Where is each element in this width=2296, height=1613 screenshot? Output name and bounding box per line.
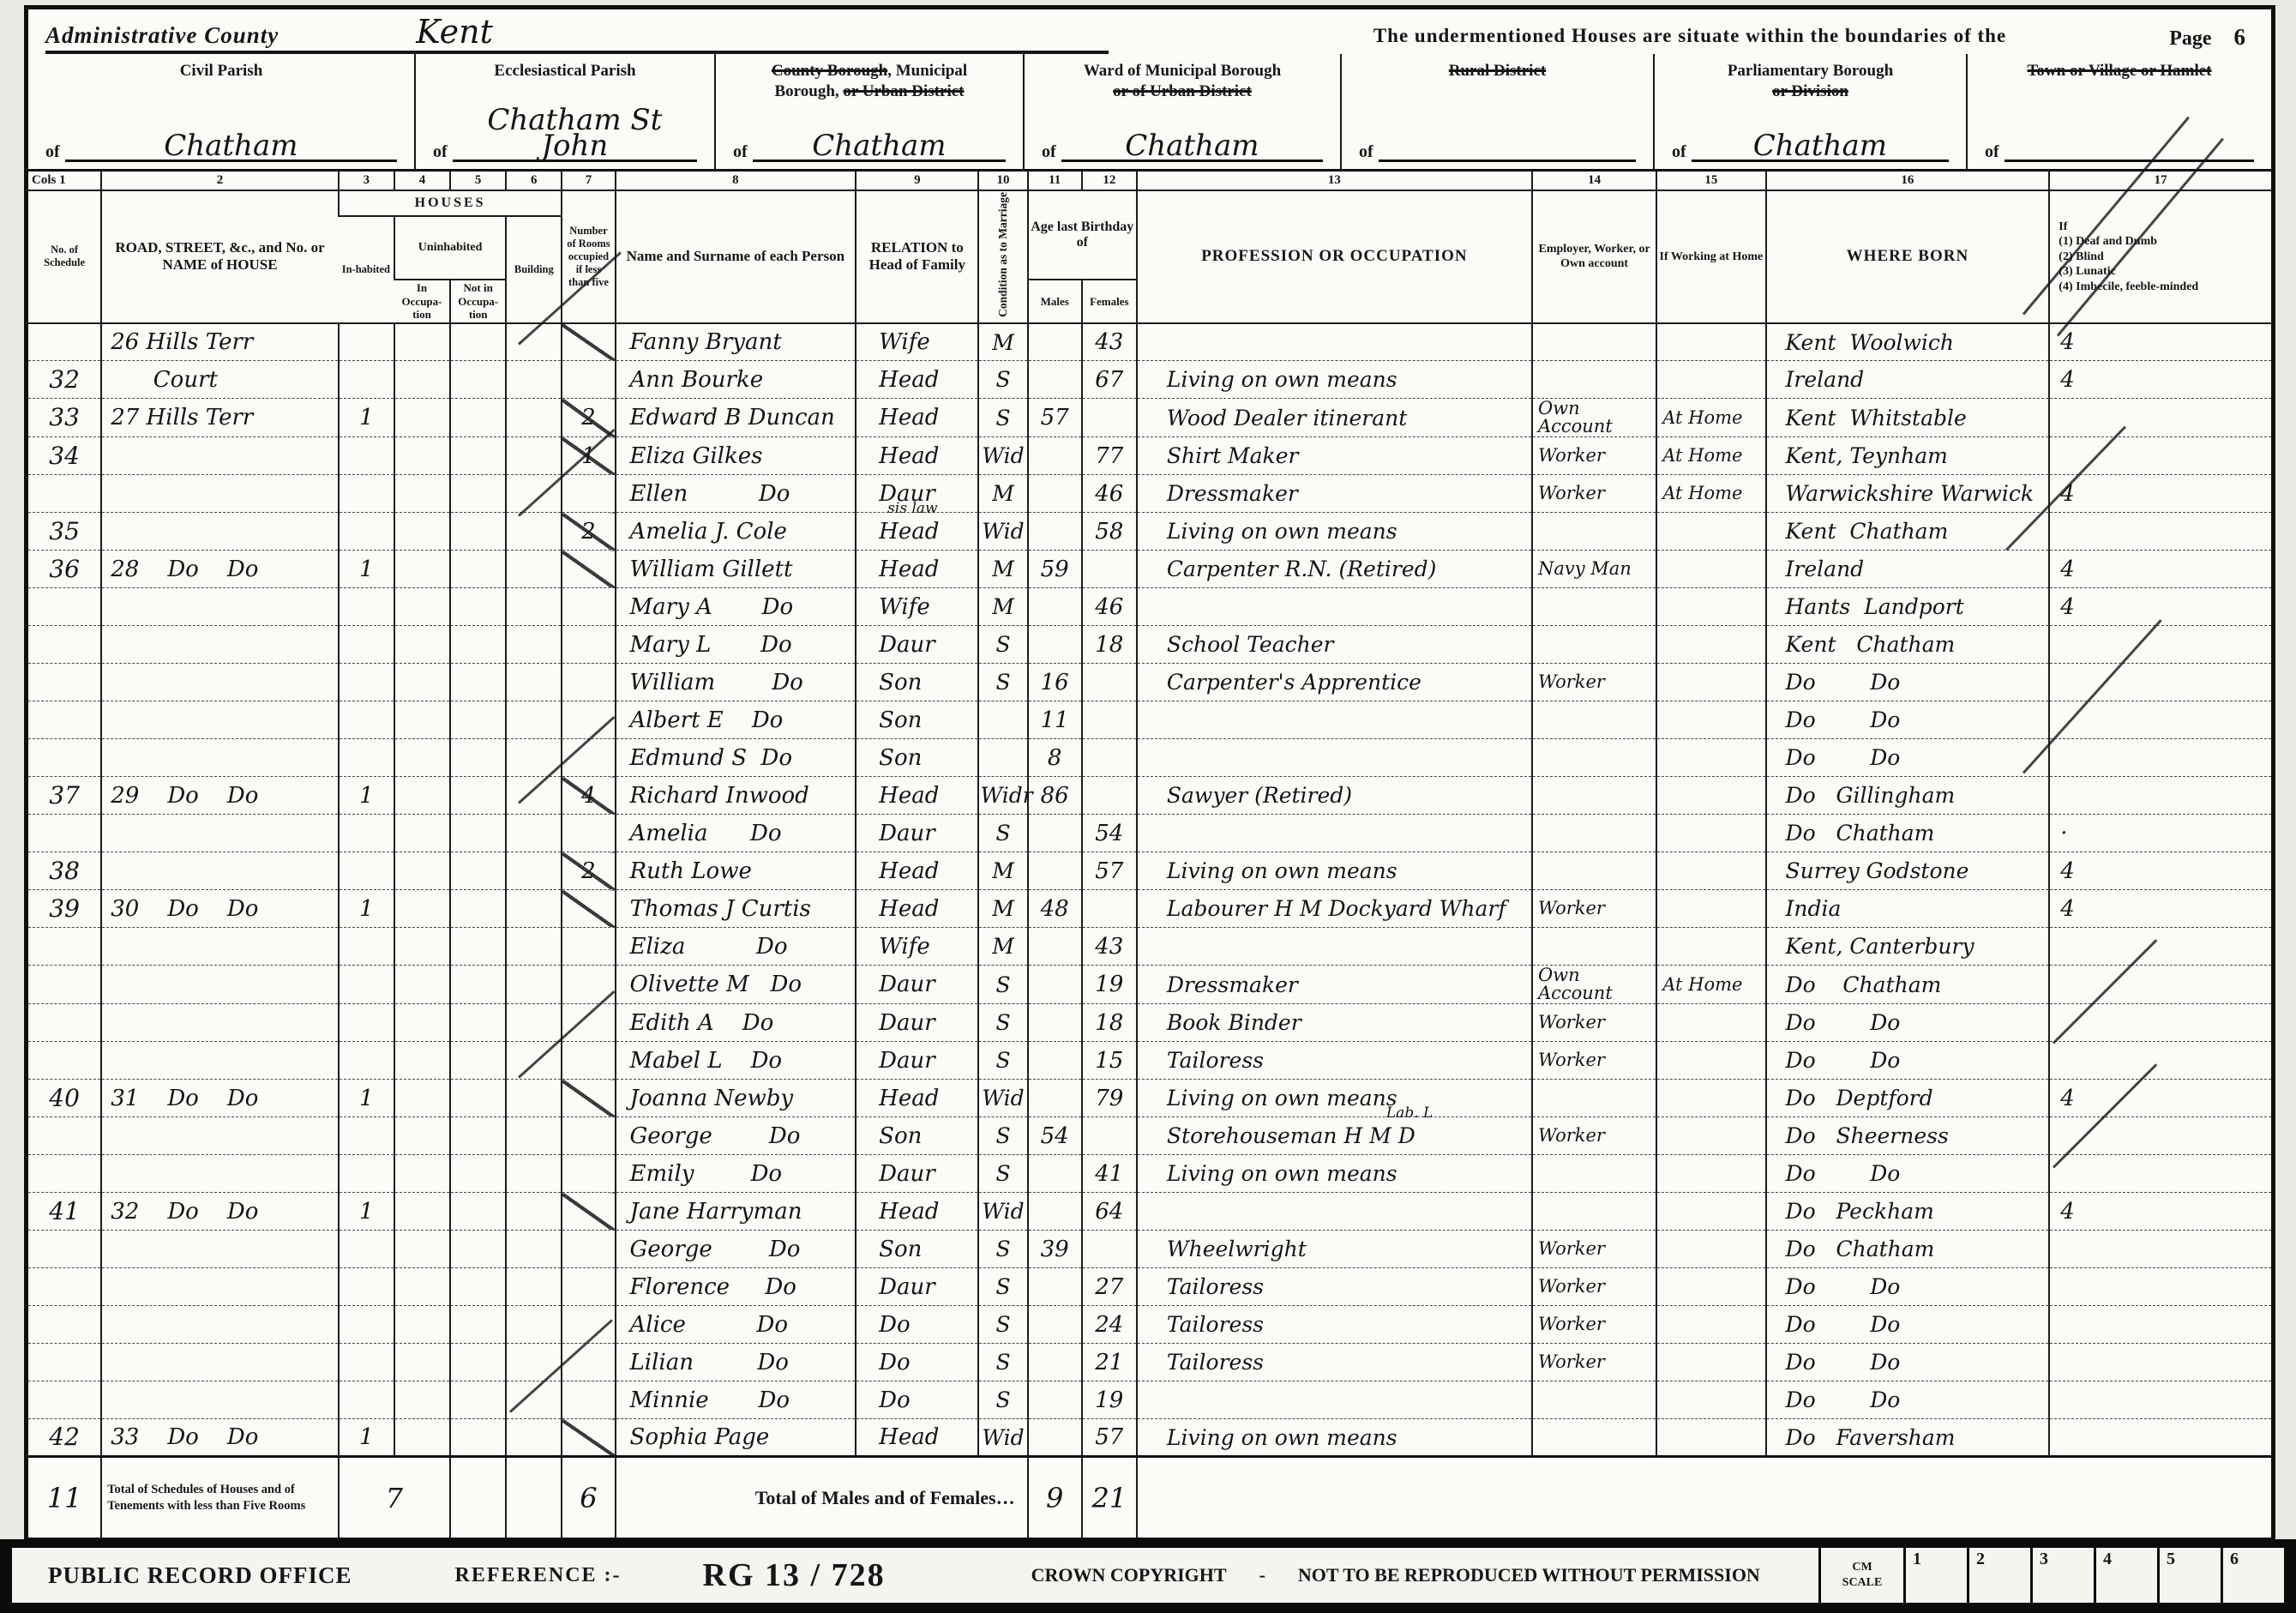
district-header-row: Civil ParishofChathamEcclesiastical Pari… (28, 54, 2271, 172)
cell-addr: 30 Do Do (101, 890, 339, 928)
totals-row: 11Total of Schedules of Houses and of Te… (28, 1457, 2271, 1538)
district-value: Chatham (1692, 133, 1949, 162)
cell-rel: Do (856, 1306, 978, 1344)
cm-scale-cell: 1 (1903, 1548, 1967, 1603)
cell-af: 19 (1082, 966, 1137, 1004)
cell-emp (1532, 1419, 1656, 1457)
footer-copyright: CROWN COPYRIGHT (1031, 1564, 1227, 1586)
cell-emp (1532, 928, 1656, 966)
cell-am (1028, 1193, 1082, 1231)
district-ecclesiastical-parish: Ecclesiastical ParishofChatham St John (414, 54, 714, 169)
total-schedules-label: Total of Schedules of Houses and of Tene… (101, 1457, 339, 1538)
table-row: 4233 Do Do1Sophia PageHeadWid57Living on… (28, 1419, 2271, 1457)
table-row: Mary A DoWifeM46Hants Landport4 (28, 588, 2271, 626)
cell-cond: Wid (978, 513, 1027, 551)
table-header: Cols 1234567891011121314151617 No. of Sc… (28, 172, 2271, 323)
cell-inh (339, 1381, 394, 1419)
center-heading: The undermentioned Houses are situate wi… (1373, 25, 2006, 47)
cell-sched (28, 1155, 101, 1193)
cell-addr (101, 588, 339, 626)
cell-rooms (562, 664, 615, 701)
cell-bldg (506, 739, 562, 777)
cell-sched: 40 (28, 1080, 101, 1117)
cell-rooms: 2 (562, 399, 615, 437)
cell-rooms (562, 1117, 615, 1155)
of-label: of (45, 142, 60, 162)
cell-name: Sophia Page (616, 1419, 856, 1457)
cell-rel: Head (856, 399, 978, 437)
cell-nocc (450, 1306, 506, 1344)
table-row: Minnie DoDoS19Do Do (28, 1381, 2271, 1419)
table-row: Mabel L DoDaurS15TailoressWorkerDo Do (28, 1042, 2271, 1080)
cell-nocc (450, 928, 506, 966)
cell-addr: 29 Do Do (101, 777, 339, 815)
cell-am (1028, 588, 1082, 626)
cell-sched (28, 966, 101, 1004)
cell-bldg (506, 399, 562, 437)
cell-am (1028, 361, 1082, 399)
cell-occ (394, 1193, 450, 1231)
cell-af (1082, 701, 1137, 739)
page-number: 6 (2234, 24, 2246, 50)
cell-rooms (562, 701, 615, 739)
table-row: 3628 Do Do1William GillettHeadM59Carpent… (28, 551, 2271, 588)
cell-name: Minnie Do (616, 1381, 856, 1419)
cell-rooms: 2 (562, 513, 615, 551)
cell-rel: Son (856, 664, 978, 701)
cell-sched (28, 701, 101, 739)
cell-nocc (450, 626, 506, 664)
cell-home (1656, 1004, 1765, 1042)
cell-af: 27 (1082, 1268, 1137, 1306)
cell-occ (394, 323, 450, 361)
cell-af: 77 (1082, 437, 1137, 475)
cell-rel: Wife (856, 928, 978, 966)
cell-nocc (450, 739, 506, 777)
cell-nocc (450, 815, 506, 852)
cell-sched: 33 (28, 399, 101, 437)
cell-cond: S (978, 1155, 1027, 1193)
cell-born: Kent Chatham (1766, 626, 2050, 664)
cell-nocc (450, 1004, 506, 1042)
cell-occ (394, 588, 450, 626)
cell-rooms (562, 475, 615, 513)
cell-rel: Wife (856, 588, 978, 626)
cell-addr: 26 Hills Terr (101, 323, 339, 361)
page-number-box: Page6 (2169, 24, 2245, 51)
cell-emp (1532, 777, 1656, 815)
cell-cond: S (978, 626, 1027, 664)
cell-rel: Daur (856, 966, 978, 1004)
cell-nocc (450, 890, 506, 928)
cell-inh (339, 513, 394, 551)
col-header-at-home: If Working at Home (1656, 190, 1765, 323)
cell-addr (101, 1306, 339, 1344)
cell-inf (2049, 1419, 2271, 1457)
footer-separator: - (1259, 1564, 1265, 1586)
cell-bldg (506, 852, 562, 890)
cell-addr (101, 1268, 339, 1306)
cell-bldg (506, 664, 562, 701)
cell-nocc (450, 1344, 506, 1381)
cell-am: 39 (1028, 1231, 1082, 1268)
cell-name: Thomas J Curtis (616, 890, 856, 928)
cell-home (1656, 1155, 1765, 1193)
col-header-condition: Condition as to Marriage (978, 190, 1027, 323)
cell-cond: S (978, 1231, 1027, 1268)
district-title-text: Town or Village or Hamlet (2028, 62, 2212, 80)
cell-inh: 1 (339, 1080, 394, 1117)
cell-born: Ireland (1766, 361, 2050, 399)
cell-sched (28, 475, 101, 513)
cell-emp: Worker (1532, 890, 1656, 928)
cell-born: Do Do (1766, 1306, 2050, 1344)
cell-home: At Home (1656, 399, 1765, 437)
cell-rel: Son (856, 1231, 978, 1268)
cell-name: George Do (616, 1117, 856, 1155)
cell-am (1028, 1080, 1082, 1117)
cell-nocc (450, 475, 506, 513)
cell-am: 54 (1028, 1117, 1082, 1155)
cell-rel: Daur (856, 1042, 978, 1080)
cell-inf: 4 (2049, 361, 2271, 399)
cell-emp (1532, 323, 1656, 361)
col-header-age: Age last Birthday of (1028, 190, 1137, 280)
cell-rooms (562, 890, 615, 928)
cell-prof (1137, 323, 1532, 361)
cell-bldg (506, 1306, 562, 1344)
cell-addr (101, 966, 339, 1004)
cell-born: Hants Landport (1766, 588, 2050, 626)
cell-prof: Living on own means (1137, 1419, 1532, 1457)
table-row: Olivette M DoDaurS19DressmakerOwn Accoun… (28, 966, 2271, 1004)
cell-addr (101, 928, 339, 966)
cell-bldg (506, 1004, 562, 1042)
district-value (1379, 159, 1636, 162)
cell-rooms (562, 1381, 615, 1419)
column-number: Cols 1 (28, 172, 101, 190)
cell-inh (339, 588, 394, 626)
cell-af: 67 (1082, 361, 1137, 399)
cell-occ (394, 701, 450, 739)
cell-occ (394, 1268, 450, 1306)
col-header-where-born: WHERE BORN (1766, 190, 2050, 323)
cell-emp (1532, 1080, 1656, 1117)
cell-born: Kent Chatham (1766, 513, 2050, 551)
cell-inh (339, 1117, 394, 1155)
col-header-relation: RELATION to Head of Family (856, 190, 978, 323)
cell-inf (2049, 1268, 2271, 1306)
cell-cond: Wid (978, 1193, 1027, 1231)
cell-am: 11 (1028, 701, 1082, 739)
district-title-text: Rural District (1449, 62, 1546, 80)
cell-prof (1137, 1381, 1532, 1419)
cell-af: 19 (1082, 1381, 1137, 1419)
total-schedules: 11 (28, 1457, 101, 1538)
cell-cond: S (978, 1344, 1027, 1381)
cell-am (1028, 1381, 1082, 1419)
cell-home (1656, 1381, 1765, 1419)
cell-inh (339, 966, 394, 1004)
cell-born: Do Sheerness (1766, 1117, 2050, 1155)
cell-rel: Son (856, 1117, 978, 1155)
cell-bldg (506, 626, 562, 664)
cell-addr: 31 Do Do (101, 1080, 339, 1117)
cell-addr (101, 437, 339, 475)
cell-born: Do Peckham (1766, 1193, 2050, 1231)
cell-addr: Court (101, 361, 339, 399)
cell-prof: Living on own means (1137, 1080, 1532, 1117)
cell-inf: 4 (2049, 475, 2271, 513)
cell-cond: M (978, 551, 1027, 588)
cell-rooms (562, 1268, 615, 1306)
cell-inf (2049, 739, 2271, 777)
table-row: 4031 Do Do1Joanna NewbyHeadWid79Living o… (28, 1080, 2271, 1117)
column-number: 12 (1082, 172, 1137, 190)
cell-occ (394, 890, 450, 928)
footer-reference: RG 13 / 728 (703, 1556, 886, 1594)
cell-am (1028, 475, 1082, 513)
cell-inf (2049, 513, 2271, 551)
cell-addr (101, 1231, 339, 1268)
cell-af: 18 (1082, 1004, 1137, 1042)
cell-am (1028, 626, 1082, 664)
cell-sched: 41 (28, 1193, 101, 1231)
cell-home (1656, 664, 1765, 701)
col-header-profession: PROFESSION OR OCCUPATION (1137, 190, 1532, 323)
cell-inh (339, 626, 394, 664)
cell-occ (394, 1306, 450, 1344)
total-rooms: 6 (562, 1457, 615, 1538)
footer-notice: NOT TO BE REPRODUCED WITHOUT PERMISSION (1298, 1564, 1760, 1586)
cell-emp (1532, 1155, 1656, 1193)
col-header-employer: Employer, Worker, or Own account (1532, 190, 1656, 323)
cell-am (1028, 852, 1082, 890)
cell-born: Kent, Teynham (1766, 437, 2050, 475)
cell-inh (339, 928, 394, 966)
cell-nocc (450, 1080, 506, 1117)
cell-prof: Living on own means (1137, 852, 1532, 890)
cell-name: Florence Do (616, 1268, 856, 1306)
cell-cond: M (978, 475, 1027, 513)
cell-inf: 4 (2049, 890, 2271, 928)
cell-rel: Head (856, 551, 978, 588)
cell-nocc (450, 1268, 506, 1306)
cell-inf (2049, 1042, 2271, 1080)
column-number: 4 (394, 172, 450, 190)
cell-inh (339, 323, 394, 361)
col-header-infirmity: If (1) Deaf and Dumb (2) Blind (3) Lunat… (2049, 190, 2271, 323)
cell-sched (28, 1268, 101, 1306)
cell-inf: 4 (2049, 1193, 2271, 1231)
district-civil-parish: Civil ParishofChatham (28, 54, 414, 169)
cell-occ (394, 1419, 450, 1457)
cell-af: 15 (1082, 1042, 1137, 1080)
cell-inf (2049, 1231, 2271, 1268)
cell-cond: S (978, 1381, 1027, 1419)
column-number: 5 (450, 172, 506, 190)
cell-home: At Home (1656, 966, 1765, 1004)
cell-cond: S (978, 815, 1027, 852)
cell-inh: 1 (339, 399, 394, 437)
cell-name: Jane Harryman (616, 1193, 856, 1231)
cell-addr: 33 Do Do (101, 1419, 339, 1457)
cell-inh: 1 (339, 551, 394, 588)
table-row: William DoSonS16Carpenter's ApprenticeWo… (28, 664, 2271, 701)
cell-occ (394, 1231, 450, 1268)
column-number: 13 (1137, 172, 1532, 190)
admin-county-value: Kent (416, 19, 493, 45)
cell-addr: 28 Do Do (101, 551, 339, 588)
cell-home (1656, 928, 1765, 966)
cell-occ (394, 1004, 450, 1042)
cell-inh: 1 (339, 777, 394, 815)
cell-addr (101, 852, 339, 890)
district-title-text: Civil Parish (180, 62, 263, 80)
table-row: 3327 Hills Terr12Edward B DuncanHeadS57W… (28, 399, 2271, 437)
cell-inh: 1 (339, 1193, 394, 1231)
cell-emp: Navy Man (1532, 551, 1656, 588)
footer-office: PUBLIC RECORD OFFICE (48, 1562, 352, 1589)
cell-rel: Head (856, 437, 978, 475)
cell-inh (339, 437, 394, 475)
cell-af (1082, 664, 1137, 701)
admin-county-row: Administrative County Kent The underment… (28, 9, 2271, 54)
cell-am: 59 (1028, 551, 1082, 588)
cell-prof (1137, 739, 1532, 777)
cell-inh (339, 815, 394, 852)
cell-af: 46 (1082, 588, 1137, 626)
cell-occ (394, 1080, 450, 1117)
col-header-not-in-occupation: Not in Occupa-tion (450, 280, 506, 323)
cell-prof: Tailoress (1137, 1042, 1532, 1080)
column-number: 6 (506, 172, 562, 190)
cell-empty (506, 1457, 562, 1538)
cell-sched (28, 1344, 101, 1381)
cell-prof: School Teacher (1137, 626, 1532, 664)
cell-nocc (450, 588, 506, 626)
cell-rooms (562, 323, 615, 361)
cell-sched (28, 1004, 101, 1042)
cell-nocc (450, 852, 506, 890)
cell-inh (339, 852, 394, 890)
cell-af: 57 (1082, 1419, 1137, 1457)
cell-prof: Dressmaker (1137, 475, 1532, 513)
cell-nocc (450, 1381, 506, 1419)
cell-sched (28, 588, 101, 626)
cell-occ (394, 437, 450, 475)
cell-bldg (506, 1381, 562, 1419)
cell-home (1656, 1231, 1765, 1268)
cell-am (1028, 513, 1082, 551)
cell-name: William Gillett (616, 551, 856, 588)
cell-am (1028, 815, 1082, 852)
cell-emp (1532, 1381, 1656, 1419)
cell-am (1028, 1419, 1082, 1457)
cell-inh (339, 1268, 394, 1306)
cell-emp (1532, 815, 1656, 852)
cell-born: Kent, Canterbury (1766, 928, 2050, 966)
cell-addr: 32 Do Do (101, 1193, 339, 1231)
cell-inf (2049, 777, 2271, 815)
cell-bldg (506, 437, 562, 475)
cell-name: William Do (616, 664, 856, 701)
cell-sched (28, 626, 101, 664)
cell-rooms: 4 (562, 777, 615, 815)
table-row: George DoSonS54Storehouseman H M DLab. L… (28, 1117, 2271, 1155)
cell-emp: Worker (1532, 1042, 1656, 1080)
cell-sched: 38 (28, 852, 101, 890)
cell-am: 48 (1028, 890, 1082, 928)
relation-note: sis law (887, 502, 937, 516)
cell-born: Kent Woolwich (1766, 323, 2050, 361)
cell-home (1656, 513, 1765, 551)
column-number: 7 (562, 172, 615, 190)
cell-occ (394, 1042, 450, 1080)
cell-rooms (562, 1042, 615, 1080)
cell-name: George Do (616, 1231, 856, 1268)
cell-inf (2049, 664, 2271, 701)
table-row: 3729 Do Do14Richard InwoodHeadWidr86Sawy… (28, 777, 2271, 815)
table-row: Lilian DoDoS21TailoressWorkerDo Do (28, 1344, 2271, 1381)
cell-addr (101, 1004, 339, 1042)
cell-addr (101, 1155, 339, 1193)
col-header-name: Name and Surname of each Person (616, 190, 856, 323)
footer-reference-label: REFERENCE :- (455, 1564, 622, 1587)
cell-am (1028, 1004, 1082, 1042)
cell-name: Ann Bourke (616, 361, 856, 399)
cell-sched: 39 (28, 890, 101, 928)
cell-sched: 37 (28, 777, 101, 815)
table-row: Albert E DoSon11Do Do (28, 701, 2271, 739)
col-header-houses: HOUSES (339, 190, 562, 216)
cell-cond: Wid (978, 1080, 1027, 1117)
column-number: 14 (1532, 172, 1656, 190)
col-header-uninhabited: Uninhabited (394, 216, 506, 280)
cell-sched (28, 1306, 101, 1344)
table-row: Edith A DoDaurS18Book BinderWorkerDo Do (28, 1004, 2271, 1042)
cell-emp (1532, 588, 1656, 626)
cell-emp: Worker (1532, 437, 1656, 475)
cell-emp (1532, 513, 1656, 551)
cell-af: 21 (1082, 1344, 1137, 1381)
of-label: of (433, 142, 448, 162)
cell-bldg (506, 1193, 562, 1231)
of-label: of (733, 142, 748, 162)
cell-rel: Daur (856, 1268, 978, 1306)
cell-cond (978, 739, 1027, 777)
cell-af (1082, 399, 1137, 437)
column-number: 9 (856, 172, 978, 190)
cell-nocc (450, 1042, 506, 1080)
cell-rel: Headsis law (856, 513, 978, 551)
cell-sched (28, 815, 101, 852)
cell-bldg (506, 701, 562, 739)
cell-addr (101, 815, 339, 852)
cell-home (1656, 777, 1765, 815)
cell-inh (339, 1306, 394, 1344)
cell-prof (1137, 928, 1532, 966)
cell-nocc (450, 701, 506, 739)
cell-inh (339, 1231, 394, 1268)
cell-occ (394, 1381, 450, 1419)
cell-af: 43 (1082, 323, 1137, 361)
cell-nocc (450, 551, 506, 588)
cell-sched: 34 (28, 437, 101, 475)
cell-rel: Head (856, 1419, 978, 1457)
cell-nocc (450, 1193, 506, 1231)
cell-name: Mary A Do (616, 588, 856, 626)
